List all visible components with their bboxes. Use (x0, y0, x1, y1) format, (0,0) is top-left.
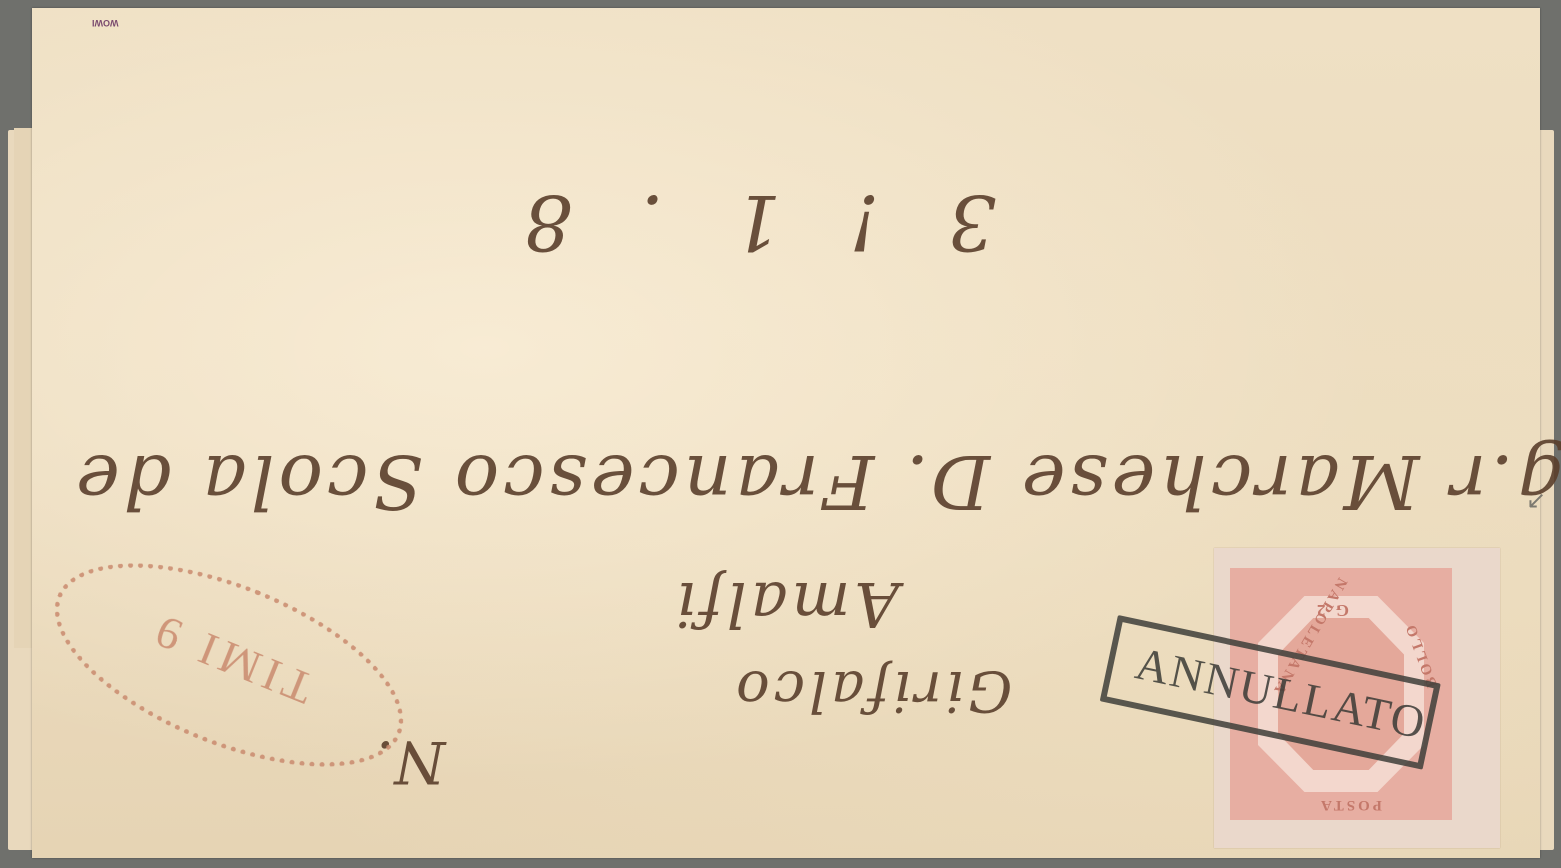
address-number-line: 3 ! 1 . 8 (502, 178, 996, 267)
stamp-posta-text: POSTA (1318, 796, 1382, 813)
pencil-arrow-icon: ↙ (1526, 486, 1546, 514)
address-line-3: Girifalco (732, 658, 1012, 723)
address-line-2: Amalfi (672, 568, 899, 641)
address-line-1: Al Sig.r Marchese D. Francesco Scola de (72, 438, 1561, 524)
